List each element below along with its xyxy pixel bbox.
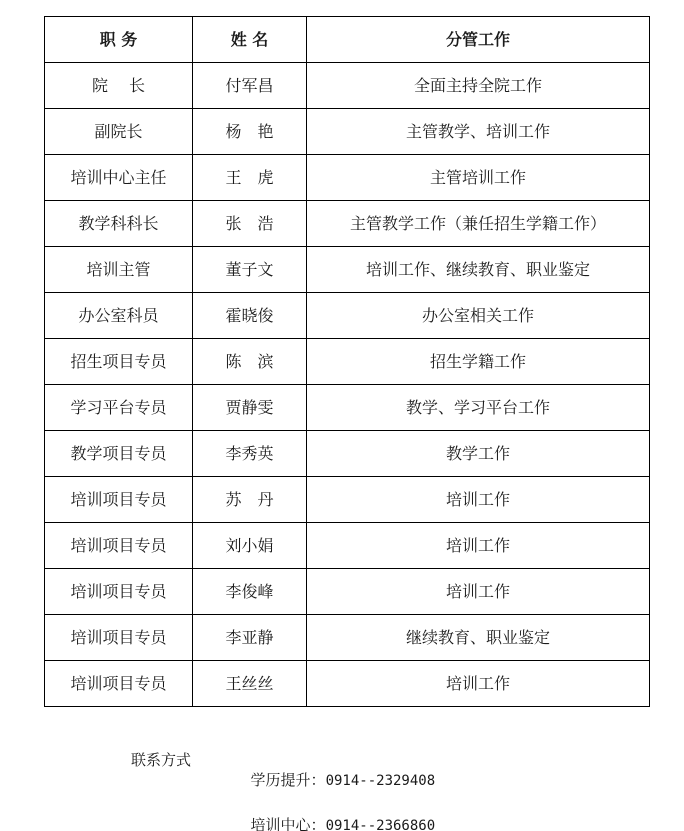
- cell-name: 刘小娟: [193, 523, 307, 569]
- cell-duties: 培训工作: [307, 661, 650, 707]
- cell-position: 办公室科员: [45, 293, 193, 339]
- cell-name: 李亚静: [193, 615, 307, 661]
- cell-name: 王丝丝: [193, 661, 307, 707]
- table-row: 培训项目专员李俊峰培训工作: [45, 569, 650, 615]
- staff-table: 职 务 姓 名 分管工作 院 长付军昌全面主持全院工作副院长杨 艳主管教学、培训…: [44, 16, 650, 707]
- cell-position: 培训项目专员: [45, 661, 193, 707]
- cell-name: 李秀英: [193, 431, 307, 477]
- contact-phone: 0914--2366860: [326, 818, 436, 831]
- cell-duties: 教学、学习平台工作: [307, 385, 650, 431]
- cell-name: 张 浩: [193, 201, 307, 247]
- cell-position: 培训项目专员: [45, 477, 193, 523]
- table-row: 培训项目专员王丝丝培训工作: [45, 661, 650, 707]
- contact-name: 学历提升：: [251, 771, 326, 789]
- cell-position: 培训中心主任: [45, 155, 193, 201]
- table-row: 培训主管董子文培训工作、继续教育、职业鉴定: [45, 247, 650, 293]
- cell-position: 培训项目专员: [45, 523, 193, 569]
- table-row: 学习平台专员贾静雯教学、学习平台工作: [45, 385, 650, 431]
- contact-name: 培训中心：: [251, 816, 326, 831]
- table-row: 培训中心主任王 虎主管培训工作: [45, 155, 650, 201]
- cell-duties: 主管教学工作（兼任招生学籍工作）: [307, 201, 650, 247]
- cell-duties: 教学工作: [307, 431, 650, 477]
- cell-position: 培训主管: [45, 247, 193, 293]
- cell-duties: 办公室相关工作: [307, 293, 650, 339]
- contact-phone: 0914--2329408: [326, 773, 436, 789]
- table-row: 培训项目专员苏 丹培训工作: [45, 477, 650, 523]
- cell-duties: 招生学籍工作: [307, 339, 650, 385]
- cell-name: 霍晓俊: [193, 293, 307, 339]
- contact-line-education: 学历提升：0914--2329408: [241, 750, 435, 791]
- cell-name: 陈 滨: [193, 339, 307, 385]
- cell-name: 杨 艳: [193, 109, 307, 155]
- header-position: 职 务: [45, 17, 193, 63]
- cell-position: 培训项目专员: [45, 615, 193, 661]
- table-row: 培训项目专员刘小娟培训工作: [45, 523, 650, 569]
- cell-position: 招生项目专员: [45, 339, 193, 385]
- table-row: 办公室科员霍晓俊办公室相关工作: [45, 293, 650, 339]
- header-duties: 分管工作: [307, 17, 650, 63]
- header-name: 姓 名: [193, 17, 307, 63]
- cell-name: 董子文: [193, 247, 307, 293]
- cell-duties: 培训工作: [307, 477, 650, 523]
- cell-name: 王 虎: [193, 155, 307, 201]
- table-row: 副院长杨 艳主管教学、培训工作: [45, 109, 650, 155]
- cell-position: 副院长: [45, 109, 193, 155]
- cell-name: 付军昌: [193, 63, 307, 109]
- cell-position: 教学科科长: [45, 201, 193, 247]
- table-header-row: 职 务 姓 名 分管工作: [45, 17, 650, 63]
- cell-duties: 全面主持全院工作: [307, 63, 650, 109]
- cell-name: 苏 丹: [193, 477, 307, 523]
- table-row: 教学项目专员李秀英教学工作: [45, 431, 650, 477]
- cell-duties: 继续教育、职业鉴定: [307, 615, 650, 661]
- cell-duties: 培训工作、继续教育、职业鉴定: [307, 247, 650, 293]
- contact-line-training: 培训中心：0914--2366860: [241, 795, 435, 831]
- cell-position: 学习平台专员: [45, 385, 193, 431]
- table-row: 教学科科长张 浩主管教学工作（兼任招生学籍工作）: [45, 201, 650, 247]
- cell-duties: 培训工作: [307, 569, 650, 615]
- cell-duties: 培训工作: [307, 523, 650, 569]
- cell-name: 贾静雯: [193, 385, 307, 431]
- table-row: 招生项目专员陈 滨招生学籍工作: [45, 339, 650, 385]
- table-row: 院 长付军昌全面主持全院工作: [45, 63, 650, 109]
- cell-name: 李俊峰: [193, 569, 307, 615]
- table-row: 培训项目专员李亚静继续教育、职业鉴定: [45, 615, 650, 661]
- contact-label: 联系方式: [131, 750, 191, 770]
- cell-duties: 主管培训工作: [307, 155, 650, 201]
- cell-duties: 主管教学、培训工作: [307, 109, 650, 155]
- cell-position: 教学项目专员: [45, 431, 193, 477]
- cell-position: 院 长: [45, 63, 193, 109]
- cell-position: 培训项目专员: [45, 569, 193, 615]
